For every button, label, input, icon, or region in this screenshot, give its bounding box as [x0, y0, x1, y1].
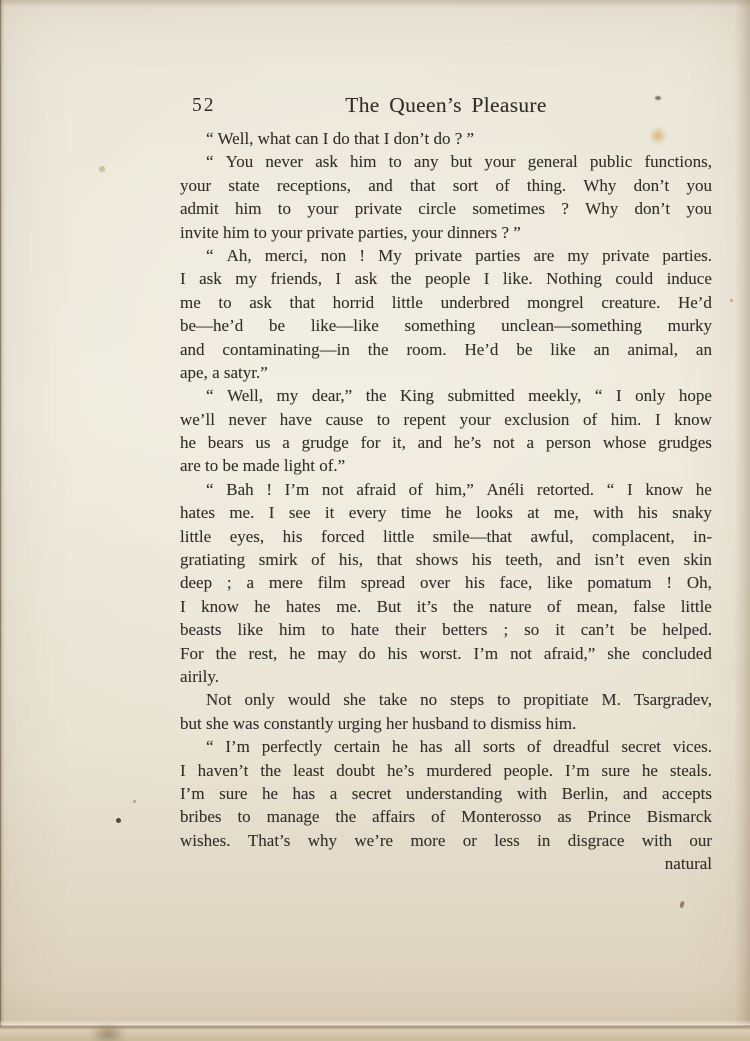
word: false	[633, 595, 665, 618]
paragraph: “Ah,merci,non!Myprivatepartiesaremypriva…	[180, 244, 712, 384]
word: be—he’d	[180, 314, 243, 337]
word: more	[410, 829, 445, 852]
word: dear,”	[312, 384, 352, 407]
word: don’t	[634, 174, 670, 197]
book-page: 52 The Queen’s Pleasure “ Well, what can…	[0, 0, 750, 1041]
word: time	[401, 501, 431, 524]
word: “	[607, 478, 615, 501]
word: he	[446, 501, 462, 524]
word: he	[180, 431, 196, 454]
word: horrid	[333, 291, 375, 314]
word: I	[616, 384, 622, 407]
word: worst.	[419, 642, 461, 665]
word: betters	[442, 618, 487, 641]
word: we’ll	[180, 408, 215, 431]
word: “	[206, 384, 214, 407]
word: room.	[406, 338, 446, 361]
word: eyes,	[230, 525, 264, 548]
word: bears	[208, 431, 244, 454]
word: has	[293, 782, 316, 805]
word: little	[392, 291, 423, 314]
word: my	[277, 384, 299, 407]
word: it	[555, 618, 564, 641]
word: people	[425, 267, 470, 290]
word: something	[405, 314, 476, 337]
word: Ah,	[227, 244, 252, 267]
word: be	[630, 618, 646, 641]
word: My	[378, 244, 402, 267]
word: only	[244, 688, 274, 711]
word: Bismarck	[647, 805, 712, 828]
word: have	[280, 408, 312, 431]
word: vices.	[673, 735, 712, 758]
text-line: hebearsusagrudgeforit,andhe’snotapersonw…	[180, 431, 712, 454]
word: accepts	[662, 782, 712, 805]
word: she	[343, 688, 366, 711]
word: friends,	[270, 267, 321, 290]
word: “	[206, 735, 214, 758]
word: isn’t	[594, 548, 624, 571]
word: grudges	[658, 431, 712, 454]
word: would	[288, 688, 331, 711]
word: know	[645, 478, 683, 501]
paragraph: “ Well, what can I do that I don’t do ? …	[180, 127, 712, 150]
word: Nothing	[546, 267, 602, 290]
word: Well,	[227, 384, 263, 407]
word: of	[431, 805, 445, 828]
word: know	[674, 408, 712, 431]
word: teeth,	[505, 548, 542, 571]
word: and	[418, 431, 443, 454]
word: cause	[325, 408, 363, 431]
text-line: yourstatereceptions,andthatsortofthing.W…	[180, 174, 712, 197]
text-line: littleeyes,hisforcedlittlesmile—thatawfu…	[180, 525, 712, 548]
word: steps	[450, 688, 484, 711]
text-line: airily.	[180, 665, 712, 688]
paper-speck	[679, 901, 685, 909]
word: an	[594, 338, 610, 361]
word: You	[226, 150, 254, 173]
word: face,	[500, 571, 533, 594]
text-line: admithimtoyourprivatecirclesometimes?Why…	[180, 197, 712, 220]
word: Anéli	[486, 478, 524, 501]
word: murdered	[426, 759, 491, 782]
word: him	[235, 197, 261, 220]
word: private	[355, 197, 402, 220]
word: creature.	[601, 291, 660, 314]
word: your	[180, 174, 211, 197]
word: the	[453, 595, 474, 618]
word: !	[359, 244, 365, 267]
paragraph: NotonlywouldshetakenostepstopropitiateM.…	[180, 688, 712, 735]
text-line: bribestomanagetheaffairsofMonterossoasPr…	[180, 805, 712, 828]
page-curl-highlight	[0, 1020, 750, 1025]
word: to	[278, 197, 291, 220]
text-line: beastslikehimtohatetheirbetters;soitcan’…	[180, 618, 712, 641]
word: submitted	[448, 384, 515, 407]
word: induce	[667, 267, 712, 290]
word: to	[237, 805, 250, 828]
text-line: Iaskmyfriends,IaskthepeopleIlike.Nothing…	[180, 267, 712, 290]
word: be	[269, 314, 285, 337]
word: I’m	[565, 759, 590, 782]
word: dreadful	[553, 735, 610, 758]
word: I’m	[474, 642, 499, 665]
word: in	[537, 829, 550, 852]
word: mongrel	[527, 291, 584, 314]
word: hope	[679, 384, 712, 407]
word: little	[180, 525, 211, 548]
word: disgrace	[568, 829, 625, 852]
text-line: we’llneverhavecausetorepentyourexclusion…	[180, 408, 712, 431]
word: to	[389, 150, 402, 173]
word: can’t	[581, 618, 615, 641]
word: your	[307, 197, 338, 220]
word: ;	[227, 571, 232, 594]
ink-speck	[655, 96, 661, 100]
word: so	[524, 618, 539, 641]
word: to	[377, 408, 390, 431]
word: not	[510, 642, 532, 665]
word: propitiate	[523, 688, 588, 711]
word: Monterosso	[461, 805, 541, 828]
word: not	[322, 478, 344, 501]
word: see	[289, 501, 311, 524]
word: of	[583, 408, 597, 431]
catchword: natural	[180, 852, 712, 875]
word: parties.	[662, 244, 712, 267]
running-title: The Queen’s Pleasure	[180, 92, 712, 119]
word: ;	[503, 618, 508, 641]
edge-smudge	[83, 1027, 133, 1041]
word: like	[238, 618, 264, 641]
word: sorts	[483, 735, 515, 758]
word: mean,	[577, 595, 618, 618]
word: that	[290, 291, 316, 314]
word: of	[547, 595, 561, 618]
word: him	[350, 150, 376, 173]
word: exclusion	[504, 408, 569, 431]
word: it	[325, 501, 334, 524]
word: I’m	[285, 478, 310, 501]
word: could	[615, 267, 653, 290]
word: animal,	[628, 338, 679, 361]
word: sure	[219, 782, 247, 805]
text-line: Fortherest,hemaydohisworst.I’mnotafraid,…	[180, 642, 712, 665]
word: general	[528, 150, 578, 173]
word: ?	[561, 197, 569, 220]
word: like—like	[311, 314, 379, 337]
word: at	[527, 501, 539, 524]
word: with	[517, 782, 547, 805]
word: with	[642, 829, 672, 852]
word: no	[420, 688, 437, 711]
word: smirk	[259, 548, 298, 571]
word: least	[293, 759, 324, 782]
word: underbred	[441, 291, 510, 314]
paper-stain	[99, 166, 105, 172]
word: contaminating—in	[222, 338, 349, 361]
word: “	[206, 150, 214, 173]
text-line: but she was constantly urging her husban…	[180, 712, 712, 735]
text-block: “ Well, what can I do that I don’t do ? …	[180, 127, 712, 876]
paper-speck	[730, 299, 733, 302]
word: film	[318, 571, 346, 594]
word: but	[451, 150, 473, 173]
word: circle	[418, 197, 456, 220]
word: to	[218, 291, 231, 314]
text-line: “Ah,merci,non!Myprivatepartiesaremypriva…	[180, 244, 712, 267]
word: affairs	[372, 805, 415, 828]
word: nature	[489, 595, 531, 618]
word: hate	[351, 618, 379, 641]
word: I	[627, 478, 633, 501]
word: do	[359, 642, 376, 665]
word: with	[593, 501, 623, 524]
word: me	[180, 291, 201, 314]
word: and	[623, 782, 648, 805]
page-number: 52	[192, 92, 216, 119]
word: me,	[554, 501, 579, 524]
word: admit	[180, 197, 219, 220]
word: never	[265, 150, 303, 173]
word: skin	[684, 548, 712, 571]
word: never	[228, 408, 266, 431]
word: M.	[601, 688, 620, 711]
page-edge-right	[734, 0, 750, 1041]
word: even	[638, 548, 670, 571]
word: has	[420, 735, 443, 758]
word: less	[494, 829, 520, 852]
word: he	[289, 642, 305, 665]
page-header: 52 The Queen’s Pleasure	[180, 92, 712, 119]
word: the	[260, 759, 281, 782]
text-line: hatesme.Iseeiteverytimehelooksatme,withh…	[180, 501, 712, 524]
word: mere	[269, 571, 303, 594]
word: merci,	[265, 244, 308, 267]
word: understanding	[406, 782, 502, 805]
text-line: Iknowhehatesme.Butit’sthenatureofmean,fa…	[180, 595, 712, 618]
word: he	[262, 782, 278, 805]
word: over	[420, 571, 450, 594]
word: I	[180, 595, 186, 618]
word: Not	[206, 688, 232, 711]
word: smile—that	[433, 525, 512, 548]
word: sometimes	[472, 197, 545, 220]
word: him	[279, 618, 305, 641]
word: non	[321, 244, 347, 267]
word: his	[388, 642, 408, 665]
ink-dot	[116, 818, 121, 823]
text-line: “Youneveraskhimtoanybutyourgeneralpublic…	[180, 150, 712, 173]
word: the	[368, 338, 389, 361]
word: the	[216, 642, 237, 665]
word: Oh,	[687, 571, 712, 594]
word: Prince	[587, 805, 630, 828]
word: ask	[199, 267, 222, 290]
word: Why	[583, 174, 616, 197]
word: the	[366, 384, 387, 407]
word: I’m	[180, 782, 205, 805]
word: him,”	[436, 478, 474, 501]
word: only	[635, 384, 665, 407]
text-line: andcontaminating—intheroom.He’dbelikeana…	[180, 338, 712, 361]
text-line: “ Well, what can I do that I don’t do ? …	[180, 127, 712, 150]
word: little	[383, 525, 414, 548]
word: awful,	[531, 525, 574, 548]
word: he’s	[387, 759, 414, 782]
word: Berlin,	[562, 782, 609, 805]
word: to	[321, 618, 334, 641]
word: he	[696, 478, 712, 501]
word: sure	[602, 759, 630, 782]
word: may	[317, 642, 346, 665]
word: afraid,”	[544, 642, 595, 665]
word: a	[282, 431, 290, 454]
word: don’t	[635, 197, 671, 220]
word: private	[415, 244, 462, 267]
word: thing.	[527, 174, 566, 197]
word: and	[368, 174, 393, 197]
word: ask	[315, 150, 338, 173]
word: me.	[336, 595, 361, 618]
text-line: be—he’dbelike—likesomethingunclean—somet…	[180, 314, 712, 337]
word: spread	[361, 571, 405, 594]
word: deep	[180, 571, 212, 594]
text-line: “I’mperfectlycertainhehasallsortsofdread…	[180, 735, 712, 758]
word: he’s	[454, 431, 481, 454]
word: his	[638, 501, 658, 524]
word: retorted.	[537, 478, 594, 501]
word: beasts	[180, 618, 222, 641]
text-line: I’msurehehasasecretunderstandingwithBerl…	[180, 782, 712, 805]
word: little	[681, 595, 712, 618]
word: his	[283, 525, 303, 548]
word: forced	[321, 525, 364, 548]
word: hates	[180, 501, 215, 524]
word: his	[472, 548, 492, 571]
word: parties	[475, 244, 520, 267]
word: complacent,	[592, 525, 675, 548]
word: of	[527, 735, 541, 758]
text-line: invite him to your private parties, your…	[180, 221, 712, 244]
word: manage	[267, 805, 320, 828]
word: for	[361, 431, 381, 454]
word: But	[377, 595, 402, 618]
word: not	[493, 431, 515, 454]
word: why	[308, 829, 337, 852]
word: like	[547, 571, 573, 594]
word: gratiating	[180, 548, 245, 571]
word: of	[495, 174, 509, 197]
paragraph: “Well,mydear,”theKingsubmittedmeekly,“Io…	[180, 384, 712, 478]
word: it’s	[417, 595, 438, 618]
word: secret	[621, 735, 661, 758]
word: He’d	[464, 338, 498, 361]
foxing-spot	[648, 127, 668, 144]
text-line: ape, a satyr.”	[180, 361, 712, 384]
word: steals.	[670, 759, 712, 782]
word: my	[567, 244, 589, 267]
word: bribes	[180, 805, 222, 828]
word: every	[349, 501, 387, 524]
word: their	[395, 618, 426, 641]
word: a	[527, 431, 535, 454]
word: he	[642, 759, 658, 782]
word: King	[400, 384, 434, 407]
word: ask	[355, 267, 378, 290]
word: you	[686, 174, 712, 197]
word: your	[460, 408, 491, 431]
word: pomatum	[587, 571, 651, 594]
word: snaky	[672, 501, 712, 524]
paragraph: “I’mperfectlycertainhehasallsortsofdread…	[180, 735, 712, 852]
word: she	[607, 642, 630, 665]
word: us	[255, 431, 270, 454]
word: private	[602, 244, 649, 267]
word: like.	[503, 267, 533, 290]
page-edge-top	[0, 0, 750, 7]
word: be	[516, 338, 532, 361]
word: receptions,	[277, 174, 351, 197]
word: as	[557, 805, 571, 828]
text-line: NotonlywouldshetakenostepstopropitiateM.…	[180, 688, 712, 711]
word: sort	[453, 174, 479, 197]
paragraph: “Youneveraskhimtoanybutyourgeneralpublic…	[180, 150, 712, 244]
word: “	[595, 384, 603, 407]
word: that	[377, 548, 403, 571]
word: take	[379, 688, 407, 711]
word: in-	[693, 525, 712, 548]
word: “	[206, 244, 214, 267]
word: certain	[334, 735, 380, 758]
page-edge-left	[0, 0, 4, 1041]
word: an	[696, 338, 712, 361]
word: he	[392, 735, 408, 758]
word: I	[335, 267, 341, 290]
word: He’d	[678, 291, 712, 314]
text-line: Ihaven’ttheleastdoubthe’smurderedpeople.…	[180, 759, 712, 782]
word: and	[180, 338, 205, 361]
word: repent	[404, 408, 446, 431]
word: I	[484, 267, 490, 290]
word: wishes.	[180, 829, 231, 852]
word: secret	[352, 782, 392, 805]
word: I	[180, 267, 186, 290]
word: meekly,	[528, 384, 581, 407]
word: that	[410, 174, 436, 197]
word: any	[414, 150, 439, 173]
word: all	[454, 735, 471, 758]
word: it,	[392, 431, 406, 454]
word: doubt	[336, 759, 375, 782]
word: I	[269, 501, 275, 524]
word: functions,	[644, 150, 712, 173]
word: I’m	[225, 735, 250, 758]
word: him.	[611, 408, 642, 431]
word: the	[335, 805, 356, 828]
word: For	[180, 642, 204, 665]
word: I	[655, 408, 661, 431]
word: our	[689, 829, 712, 852]
paragraph: “Bah!I’mnotafraidofhim,”Anéliretorted.“I…	[180, 478, 712, 689]
word: hates	[286, 595, 321, 618]
word: we’re	[354, 829, 393, 852]
word: helped.	[662, 618, 712, 641]
text-line: metoaskthathorridlittleunderbredmongrelc…	[180, 291, 712, 314]
word: rest,	[248, 642, 277, 665]
word: or	[463, 829, 477, 852]
